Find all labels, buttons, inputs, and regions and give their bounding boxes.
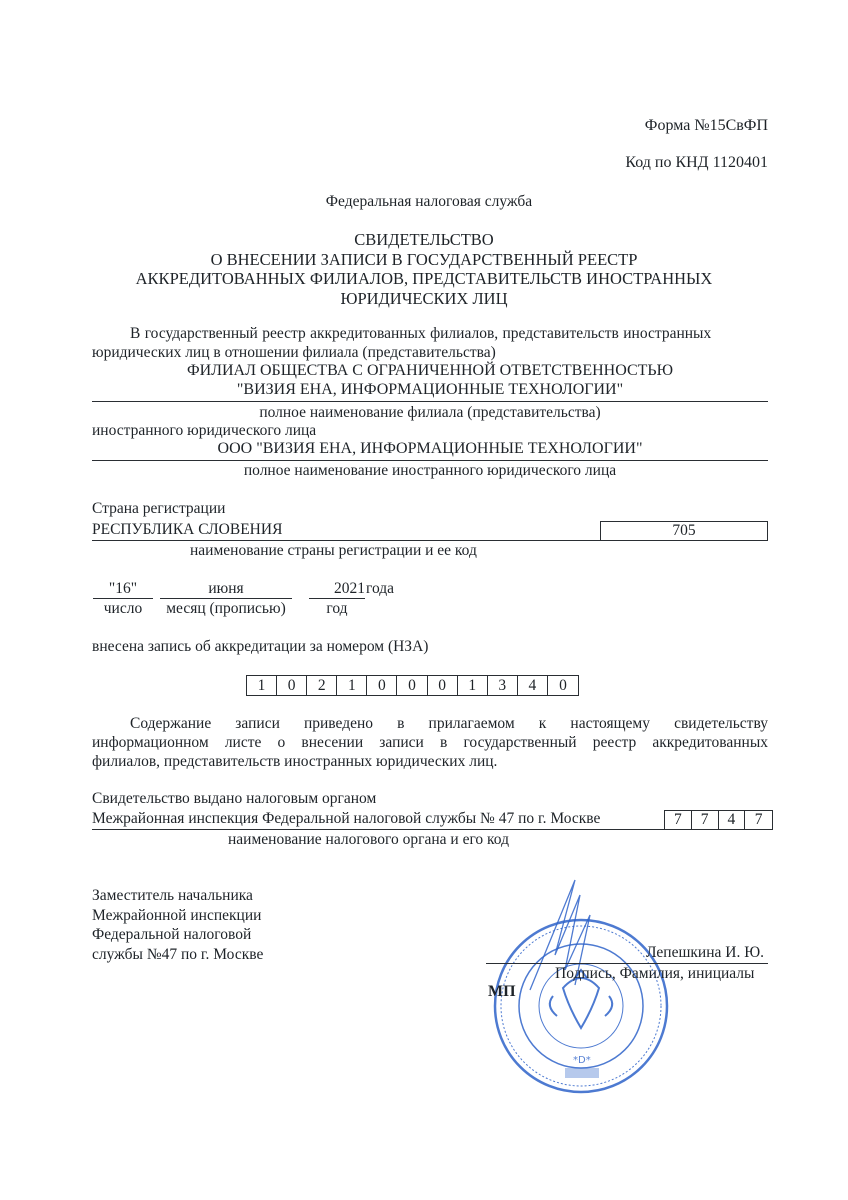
date-year-suffix: года bbox=[366, 580, 394, 598]
date-day-underline bbox=[93, 598, 153, 599]
date-day: "16" bbox=[93, 580, 153, 598]
date-year-underline bbox=[309, 598, 365, 599]
record-digit: 1 bbox=[247, 676, 277, 695]
title-line: ЮРИДИЧЕСКИХ ЛИЦ bbox=[0, 289, 848, 309]
intro-line-1: В государственный реестр аккредитованных… bbox=[130, 325, 711, 343]
seal-label: МП bbox=[488, 983, 516, 1001]
position-line: Заместитель начальника bbox=[92, 886, 263, 906]
record-digit: 3 bbox=[488, 676, 518, 695]
date-year-caption: год bbox=[309, 600, 365, 618]
foreign-entity-underline bbox=[92, 460, 768, 461]
document-title: СВИДЕТЕЛЬСТВО О ВНЕСЕНИИ ЗАПИСИ В ГОСУДА… bbox=[0, 230, 848, 308]
date-month: июня bbox=[160, 580, 292, 598]
record-digit: 0 bbox=[367, 676, 397, 695]
issuer-code-digit: 7 bbox=[692, 811, 719, 829]
record-digit: 0 bbox=[548, 676, 578, 695]
foreign-entity-name: ООО "ВИЗИЯ ЕНА, ИНФОРМАЦИОННЫЕ ТЕХНОЛОГИ… bbox=[92, 440, 768, 458]
issuer-code-cells: 7 7 4 7 bbox=[664, 810, 773, 830]
record-digit: 1 bbox=[337, 676, 367, 695]
issuer-name: Межрайонная инспекция Федеральной налого… bbox=[92, 810, 600, 828]
signature-caption: Подпись, Фамилия, инициалы bbox=[555, 965, 754, 983]
issuer-label: Свидетельство выдано налоговым органом bbox=[92, 790, 376, 808]
branch-name-caption: полное наименование филиала (представите… bbox=[92, 404, 768, 422]
branch-name-line-2: "ВИЗИЯ ЕНА, ИНФОРМАЦИОННЫЕ ТЕХНОЛОГИИ" bbox=[92, 381, 768, 399]
date-month-underline bbox=[160, 598, 292, 599]
date-month-caption: месяц (прописью) bbox=[160, 600, 292, 618]
record-number-cells: 1 0 2 1 0 0 0 1 3 4 0 bbox=[246, 675, 579, 696]
date-year: 2021 bbox=[309, 580, 365, 598]
country-code-box: 705 bbox=[600, 521, 768, 541]
foreign-entity-label: иностранного юридического лица bbox=[92, 422, 316, 440]
content-note-line-3: филиалов, представительств иностранных ю… bbox=[92, 753, 497, 771]
agency-name: Федеральная налоговая служба bbox=[0, 193, 848, 211]
branch-name-underline bbox=[92, 401, 768, 402]
branch-name-line-1: ФИЛИАЛ ОБЩЕСТВА С ОГРАНИЧЕННОЙ ОТВЕТСТВЕ… bbox=[92, 362, 768, 380]
issuer-code-digit: 7 bbox=[745, 811, 772, 829]
title-line: О ВНЕСЕНИИ ЗАПИСИ В ГОСУДАРСТВЕННЫЙ РЕЕС… bbox=[0, 250, 848, 270]
record-digit: 0 bbox=[277, 676, 307, 695]
form-number: Форма №15СвФП bbox=[645, 117, 768, 135]
date-day-caption: число bbox=[93, 600, 153, 618]
content-note-line-1: Содержание записи приведено в прилагаемо… bbox=[130, 715, 768, 733]
issuer-caption: наименование налогового органа и его код bbox=[228, 831, 509, 849]
title-line: СВИДЕТЕЛЬСТВО bbox=[0, 230, 848, 250]
position-line: службы №47 по г. Москве bbox=[92, 945, 263, 965]
position-line: Федеральной налоговой bbox=[92, 925, 263, 945]
issuer-underline bbox=[92, 829, 664, 830]
title-line: АККРЕДИТОВАННЫХ ФИЛИАЛОВ, ПРЕДСТАВИТЕЛЬС… bbox=[0, 269, 848, 289]
record-digit: 4 bbox=[518, 676, 548, 695]
issuer-code-digit: 4 bbox=[719, 811, 746, 829]
country-name: РЕСПУБЛИКА СЛОВЕНИЯ bbox=[92, 521, 282, 539]
signature-underline bbox=[486, 963, 768, 964]
position-line: Межрайонной инспекции bbox=[92, 906, 263, 926]
content-note-line-2: информационном листе о внесении записи в… bbox=[92, 734, 768, 752]
record-label: внесена запись об аккредитации за номеро… bbox=[92, 638, 428, 656]
record-digit: 0 bbox=[397, 676, 427, 695]
stamp-center-text: *D* bbox=[573, 1055, 591, 1066]
foreign-entity-caption: полное наименование иностранного юридиче… bbox=[92, 462, 768, 480]
signatory-position: Заместитель начальника Межрайонной инспе… bbox=[92, 886, 263, 964]
record-digit: 2 bbox=[307, 676, 337, 695]
intro-line-2: юридических лиц в отношении филиала (пре… bbox=[92, 344, 496, 362]
country-underline bbox=[92, 540, 602, 541]
record-digit: 1 bbox=[458, 676, 488, 695]
record-digit: 0 bbox=[428, 676, 458, 695]
country-caption: наименование страны регистрации и ее код bbox=[190, 542, 477, 560]
country-label: Страна регистрации bbox=[92, 500, 225, 518]
issuer-code-digit: 7 bbox=[665, 811, 692, 829]
signatory-name: Лепешкина И. Ю. bbox=[646, 944, 764, 962]
knd-code: Код по КНД 1120401 bbox=[625, 154, 768, 172]
